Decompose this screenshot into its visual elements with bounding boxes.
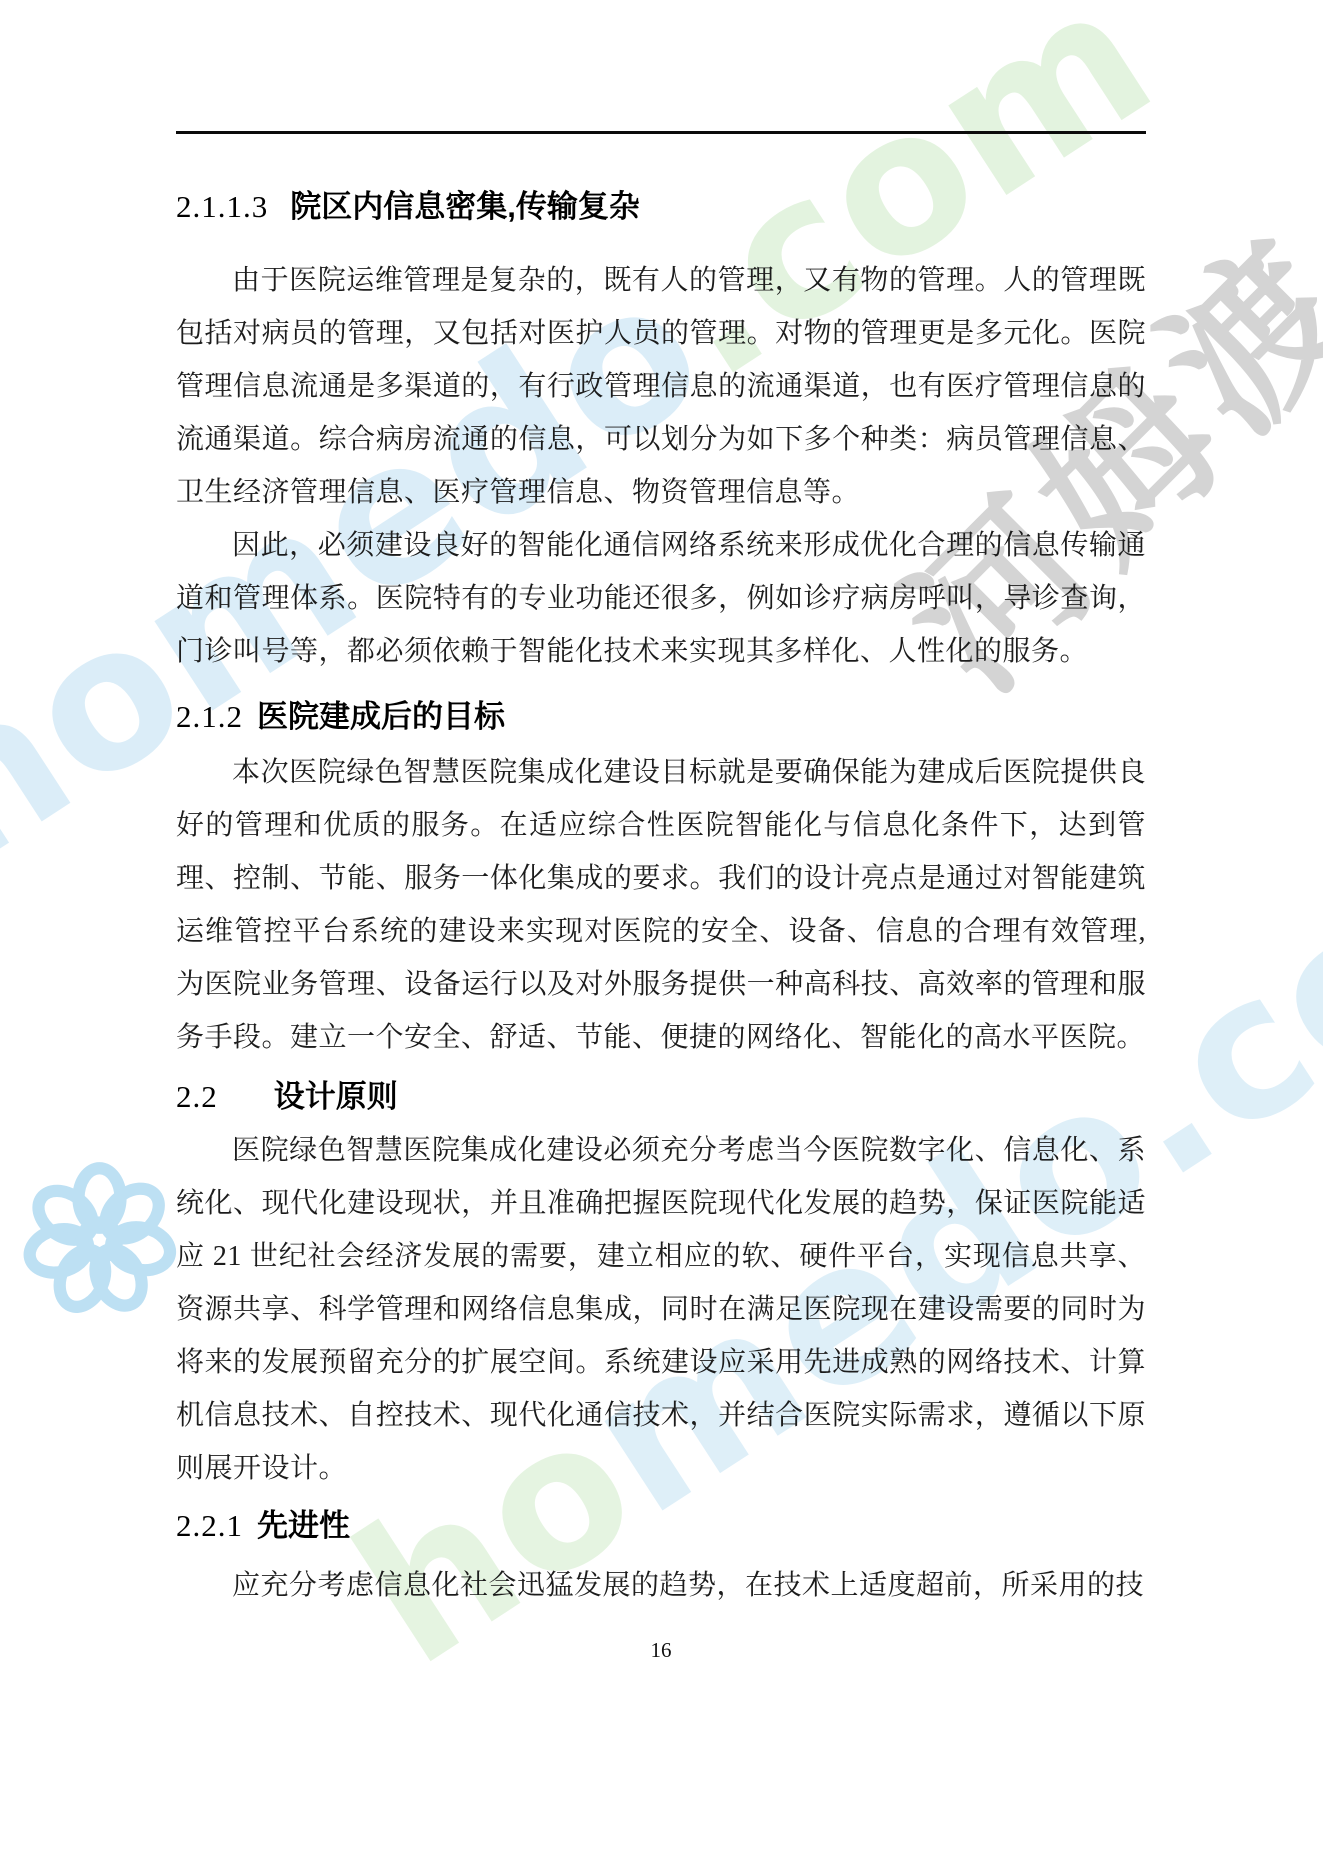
section-number: 2.1.2 — [176, 699, 243, 734]
page-number: 16 — [176, 1638, 1146, 1663]
paragraph-info-density-2: 因此，必须建设良好的智能化通信网络系统来形成优化合理的信息传输通道和管理体系。医… — [176, 519, 1146, 678]
paragraph-design-principles: 医院绿色智慧医院集成化建设必须充分考虑当今医院数字化、信息化、系统化、现代化建设… — [176, 1124, 1146, 1495]
header-rule — [176, 131, 1146, 134]
document-content: 2.1.1.3院区内信息密集,传输复杂 由于医院运维管理是复杂的，既有人的管理，… — [0, 0, 1323, 1663]
section-title: 先进性 — [257, 1508, 350, 1543]
section-heading-2-1-2: 2.1.2医院建成后的目标 — [176, 696, 1146, 738]
section-heading-2-1-1-3: 2.1.1.3院区内信息密集,传输复杂 — [176, 186, 1146, 228]
section-title: 院区内信息密集,传输复杂 — [290, 189, 640, 224]
paragraph-goals: 本次医院绿色智慧医院集成化建设目标就是要确保能为建成后医院提供良好的管理和优质的… — [176, 746, 1146, 1064]
section-number: 2.1.1.3 — [176, 189, 268, 224]
section-number: 2.2.1 — [176, 1508, 243, 1543]
section-heading-2-2: 2.2设计原则 — [176, 1076, 1146, 1118]
section-heading-2-2-1: 2.2.1先进性 — [176, 1505, 1146, 1547]
section-title: 设计原则 — [274, 1079, 398, 1114]
document-page: homedo.com homedo.com 河姆渡 2.1.1.3院区内信息密集… — [0, 0, 1323, 1871]
section-title: 医院建成后的目标 — [257, 699, 505, 734]
paragraph-advancement: 应充分考虑信息化社会迅猛发展的趋势，在技术上适度超前，所采用的技 — [176, 1559, 1146, 1612]
paragraph-info-density-1: 由于医院运维管理是复杂的，既有人的管理，又有物的管理。人的管理既包括对病员的管理… — [176, 254, 1146, 519]
section-number: 2.2 — [176, 1079, 218, 1114]
